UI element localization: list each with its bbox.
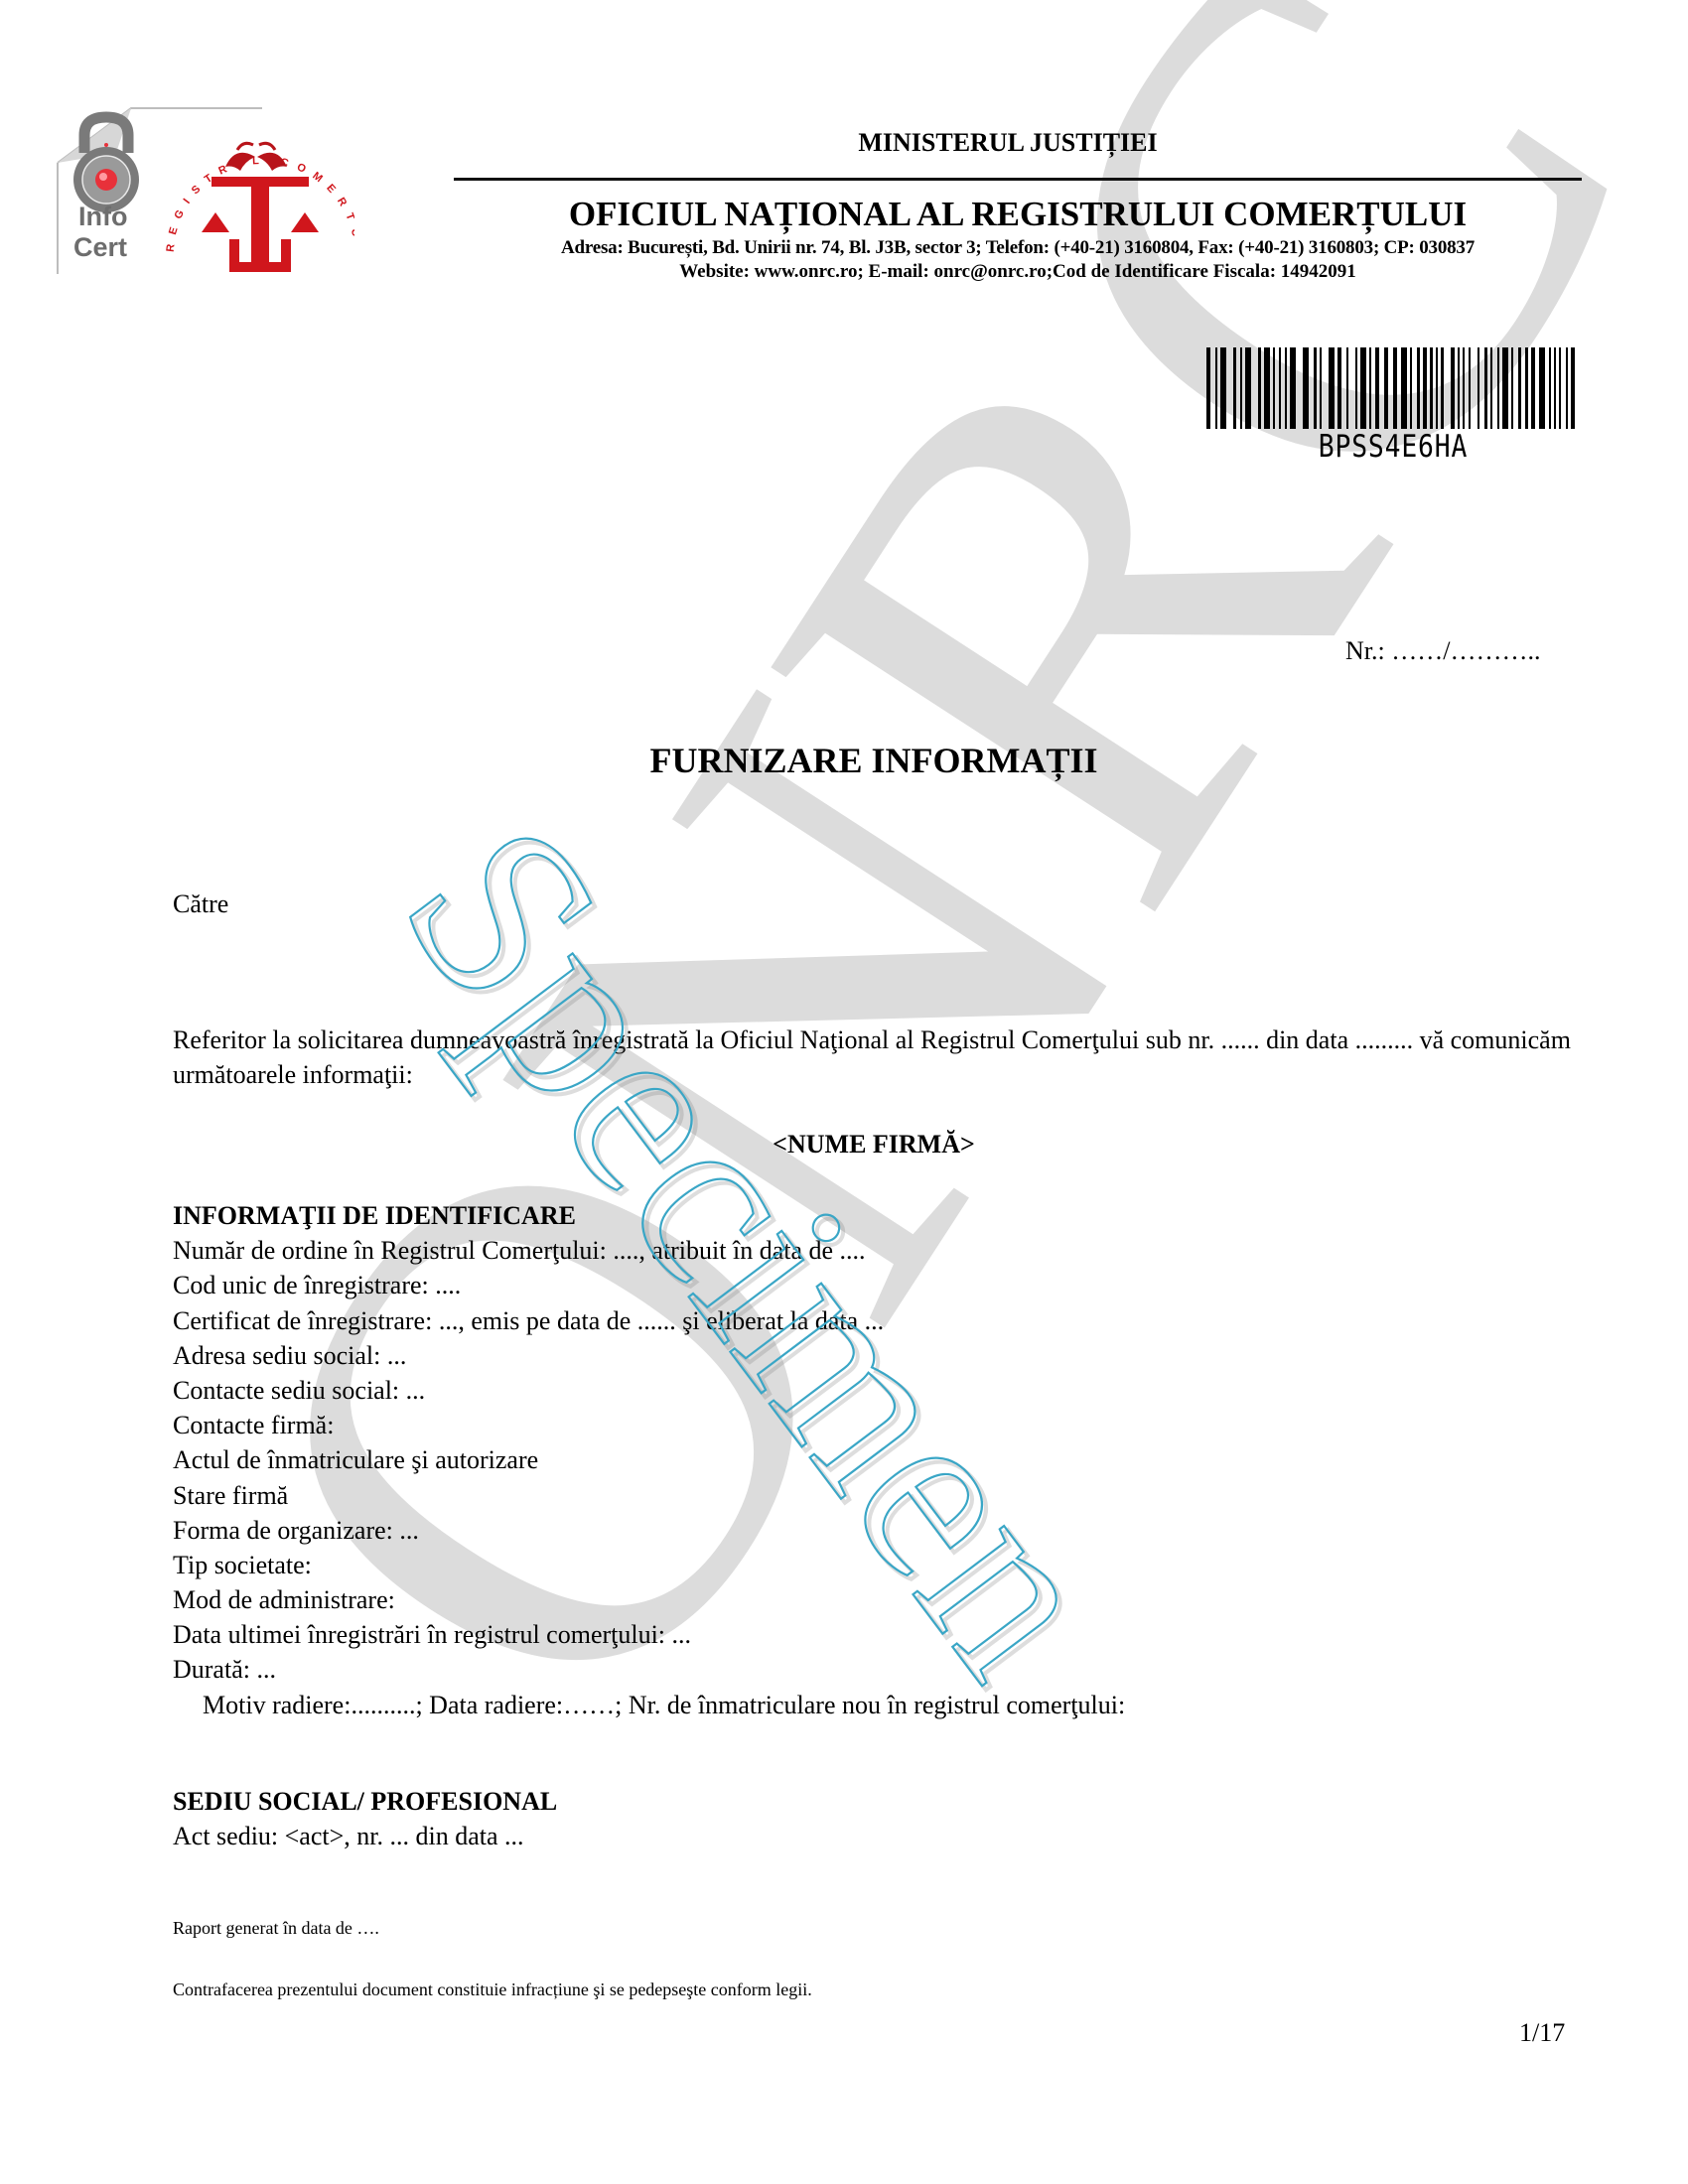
recipient-label: Către [173,889,228,919]
identification-line: Durată: ... [173,1652,1125,1687]
identification-line: Cod unic de înregistrare: .... [173,1268,1125,1302]
identification-heading: INFORMAŢII DE IDENTIFICARE [173,1198,1125,1233]
document-title: FURNIZARE INFORMAȚII [0,740,1688,781]
organization-address: Adresa: București, Bd. Unirii nr. 74, Bl… [417,237,1618,259]
document-number: Nr.: ……/……….. [1345,636,1540,666]
identification-line: Actul de înmatriculare şi autorizare [173,1442,1125,1477]
identification-line: Mod de administrare: [173,1582,1125,1617]
onrc-watermark: ONRC [0,0,1688,2184]
headquarters-heading: SEDIU SOCIAL/ PROFESIONAL [173,1784,557,1819]
identification-line: Contacte sediu social: ... [173,1373,1125,1408]
intro-paragraph: Referitor la solicitarea dumneavoastră î… [173,1023,1583,1092]
counterfeit-warning: Contrafacerea prezentului document const… [173,1979,812,2000]
identification-line: Certificat de înregistrare: ..., emis pe… [173,1303,1125,1338]
organization-name: OFICIUL NAȚIONAL AL REGISTRULUI COMERȚUL… [437,195,1599,234]
identification-line: Contacte firmă: [173,1408,1125,1442]
report-generated-date: Raport generat în data de …. [173,1918,379,1939]
identification-section: INFORMAŢII DE IDENTIFICARE Număr de ordi… [173,1198,1125,1722]
identification-line: Data ultimei înregistrări în registrul c… [173,1617,1125,1652]
deregistration-line: Motiv radiere:..........; Data radiere:…… [173,1688,1125,1722]
infocert-info-label: Info [78,202,127,231]
identification-line: Tip societate: [173,1548,1125,1582]
ministry-name: MINISTERUL JUSTIȚIEI [0,128,1688,158]
specimen-watermark: Specimen Specimen [0,0,1688,2184]
identification-line: Stare firmă [173,1478,1125,1513]
company-name-placeholder: <NUME FIRMĂ> [0,1130,1688,1160]
identification-line: Forma de organizare: ... [173,1513,1125,1548]
header-divider [454,178,1582,181]
headquarters-act-line: Act sediu: <act>, nr. ... din data ... [173,1819,557,1853]
barcode [1206,347,1580,429]
page-number: 1/17 [1519,2018,1565,2048]
barcode-code: BPSS4E6HA [1234,429,1552,465]
infocert-cert-label: Cert [73,232,127,262]
identification-line: Număr de ordine în Registrul Comerţului:… [173,1233,1125,1268]
identification-line: Adresa sediu social: ... [173,1338,1125,1373]
organization-contact: Website: www.onrc.ro; E-mail: onrc@onrc.… [417,261,1618,283]
headquarters-section: SEDIU SOCIAL/ PROFESIONAL Act sediu: <ac… [173,1784,557,1853]
